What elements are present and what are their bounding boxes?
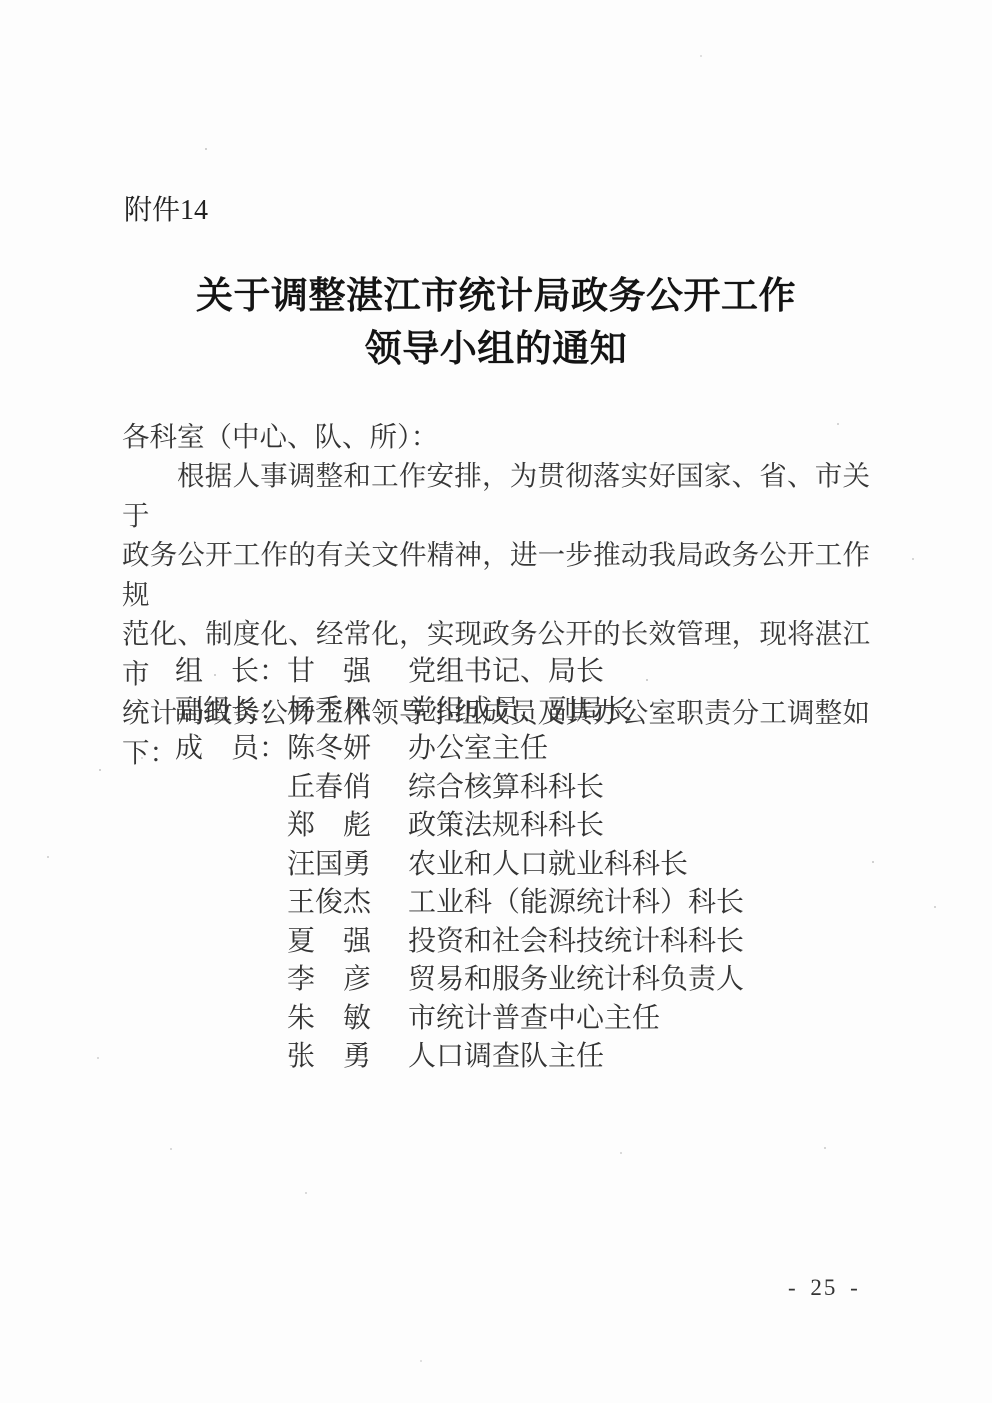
notice-title-line2: 领导小组的通知: [0, 323, 992, 376]
member-row: 张 勇 人口调查队主任: [175, 1038, 744, 1077]
member-row: 朱 敏 市统计普查中心主任: [175, 1000, 744, 1039]
member-name: 李 彦: [287, 961, 408, 1000]
member-title: 综合核算科科长: [408, 769, 604, 808]
member-role: [175, 1000, 287, 1039]
member-name: 夏 强: [287, 923, 408, 962]
member-title: 党组书记、局长: [408, 653, 604, 692]
member-row: 副组长： 杨秀凤 党组成员、副局长: [175, 692, 744, 731]
member-role: [175, 846, 287, 885]
member-name: 汪国勇: [287, 846, 408, 885]
member-role: [175, 961, 287, 1000]
page-number: - 25 -: [788, 1275, 860, 1301]
member-title: 人口调查队主任: [408, 1038, 604, 1077]
member-title: 农业和人口就业科科长: [408, 846, 688, 885]
member-row: 王俊杰 工业科（能源统计科）科长: [175, 884, 744, 923]
leadership-roster: 组 长： 甘 强 党组书记、局长 副组长： 杨秀凤 党组成员、副局长 成 员： …: [175, 653, 744, 1077]
body-line: 政务公开工作的有关文件精神，进一步推动我局政务公开工作规: [122, 535, 870, 614]
member-role: 组 长：: [175, 653, 287, 692]
member-name: 甘 强: [287, 653, 408, 692]
member-name: 杨秀凤: [287, 692, 408, 731]
member-title: 办公室主任: [408, 730, 548, 769]
member-title: 党组成员、副局长: [408, 692, 632, 731]
member-role: [175, 807, 287, 846]
member-title: 政策法规科科长: [408, 807, 604, 846]
member-name: 朱 敏: [287, 1000, 408, 1039]
member-name: 王俊杰: [287, 884, 408, 923]
member-row: 成 员： 陈冬妍 办公室主任: [175, 730, 744, 769]
member-row: 李 彦 贸易和服务业统计科负责人: [175, 961, 744, 1000]
member-role: 成 员：: [175, 730, 287, 769]
member-role: [175, 923, 287, 962]
salutation: 各科室（中心、队、所）：: [122, 414, 438, 454]
body-line: 根据人事调整和工作安排，为贯彻落实好国家、省、市关于: [122, 456, 870, 535]
member-name: 陈冬妍: [287, 730, 408, 769]
member-role: 副组长：: [175, 692, 287, 731]
member-role: [175, 769, 287, 808]
member-role: [175, 884, 287, 923]
member-row: 丘春俏 综合核算科科长: [175, 769, 744, 808]
document-page: 附件14 关于调整湛江市统计局政务公开工作 领导小组的通知 各科室（中心、队、所…: [0, 0, 992, 1403]
member-name: 丘春俏: [287, 769, 408, 808]
member-row: 夏 强 投资和社会科技统计科科长: [175, 923, 744, 962]
notice-title-line1: 关于调整湛江市统计局政务公开工作: [0, 270, 992, 323]
member-row: 组 长： 甘 强 党组书记、局长: [175, 653, 744, 692]
notice-title: 关于调整湛江市统计局政务公开工作 领导小组的通知: [0, 270, 992, 376]
member-row: 郑 彪 政策法规科科长: [175, 807, 744, 846]
member-title: 市统计普查中心主任: [408, 1000, 660, 1039]
member-title: 投资和社会科技统计科科长: [408, 923, 744, 962]
member-row: 汪国勇 农业和人口就业科科长: [175, 846, 744, 885]
attachment-label: 附件14: [124, 188, 208, 228]
member-title: 贸易和服务业统计科负责人: [408, 961, 744, 1000]
scan-noise: [0, 0, 2, 2]
member-role: [175, 1038, 287, 1077]
member-name: 张 勇: [287, 1038, 408, 1077]
member-title: 工业科（能源统计科）科长: [408, 884, 744, 923]
member-name: 郑 彪: [287, 807, 408, 846]
